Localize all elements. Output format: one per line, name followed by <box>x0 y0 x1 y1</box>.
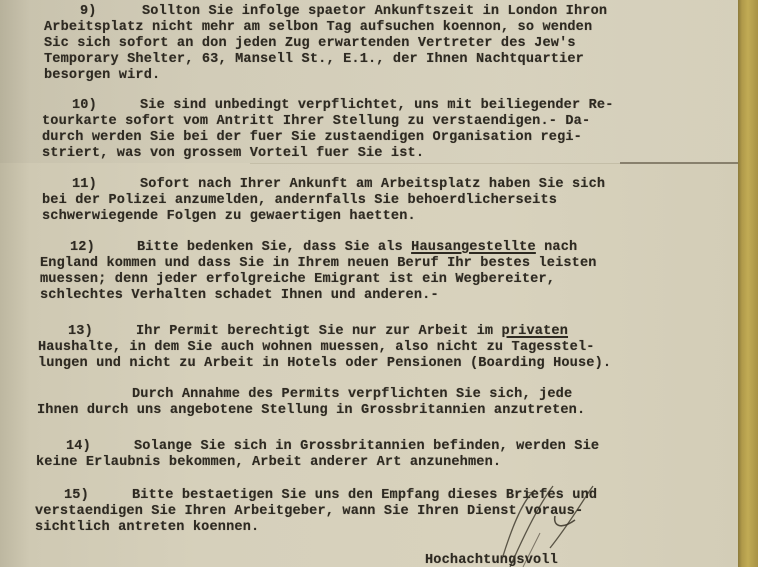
paragraph-10-line: striert, was von grossem Vorteil fuer Si… <box>42 146 424 162</box>
paragraph-9-number: 9) <box>80 4 97 20</box>
paragraph-12-line-text: Bitte bedenken Sie, dass Sie als <box>137 240 411 255</box>
paragraph-12-number: 12) <box>70 240 95 256</box>
paragraph-11-line: schwerwiegende Folgen zu gewaertigen hae… <box>42 209 416 225</box>
paragraph-15-number: 15) <box>64 488 89 504</box>
underlined-privaten: privaten <box>502 324 568 339</box>
paragraph-10-line: durch werden Sie bei der fuer Sie zustae… <box>42 130 582 146</box>
paragraph-12-line: schlechtes Verhalten schadet Ihnen und a… <box>40 288 439 304</box>
binder-edge <box>738 0 758 567</box>
paragraph-12-line: muessen; denn jeder erfolgreiche Emigran… <box>40 272 555 288</box>
letter-page: 9) Sollton Sie infolge spaetor Ankunftsz… <box>0 0 738 567</box>
paragraph-10-line: tourkarte sofort vom Antritt Ihrer Stell… <box>42 114 590 130</box>
paragraph-9-line: Sollton Sie infolge spaetor Ankunftszeit… <box>142 4 607 20</box>
paragraph-14-number: 14) <box>66 439 91 455</box>
handwritten-signature-icon <box>495 478 635 567</box>
paragraph-13-line-text: Ihr Permit berechtigt Sie nur zur Arbeit… <box>136 324 502 339</box>
paragraph-9-line: Sic sich sofort an don jeden Zug erwarte… <box>44 36 576 52</box>
permit-paragraph-line: Durch Annahme des Permits verpflichten S… <box>132 387 572 403</box>
paragraph-12-line: England kommen und dass Sie in Ihrem neu… <box>40 256 597 272</box>
paper-fold-edge <box>620 162 738 164</box>
paragraph-9-line: besorgen wird. <box>44 68 160 84</box>
permit-paragraph-line: Ihnen durch uns angebotene Stellung in G… <box>37 403 585 419</box>
paragraph-14-line: Solange Sie sich in Grossbritannien befi… <box>134 439 599 455</box>
paragraph-12-line-tail: nach <box>536 240 578 255</box>
paragraph-9-line: Arbeitsplatz nicht mehr am selbon Tag au… <box>44 20 592 36</box>
underlined-hausangestellte: Hausangestellte <box>411 240 536 255</box>
paragraph-13-line: Haushalte, in dem Sie auch wohnen muesse… <box>38 340 595 356</box>
paragraph-10-number: 10) <box>72 98 97 114</box>
paragraph-11-line: Sofort nach Ihrer Ankunft am Arbeitsplat… <box>140 177 605 193</box>
paragraph-11-number: 11) <box>72 177 97 193</box>
paragraph-13-number: 13) <box>68 324 93 340</box>
paragraph-12-line: Bitte bedenken Sie, dass Sie als Hausang… <box>137 240 577 256</box>
paragraph-9-line: Temporary Shelter, 63, Mansell St., E.1.… <box>44 52 584 68</box>
paragraph-15-line: sichtlich antreten koennen. <box>35 520 259 536</box>
paragraph-10-line: Sie sind unbedingt verpflichtet, uns mit… <box>140 98 614 114</box>
paragraph-14-line: keine Erlaubnis bekommen, Arbeit anderer… <box>36 455 501 471</box>
paragraph-13-line: lungen und nicht zu Arbeit in Hotels ode… <box>38 356 611 372</box>
paper-fold-shadow <box>250 163 620 164</box>
paragraph-11-line: bei der Polizei anzumelden, andernfalls … <box>42 193 557 209</box>
paragraph-13-line: Ihr Permit berechtigt Sie nur zur Arbeit… <box>136 324 568 340</box>
